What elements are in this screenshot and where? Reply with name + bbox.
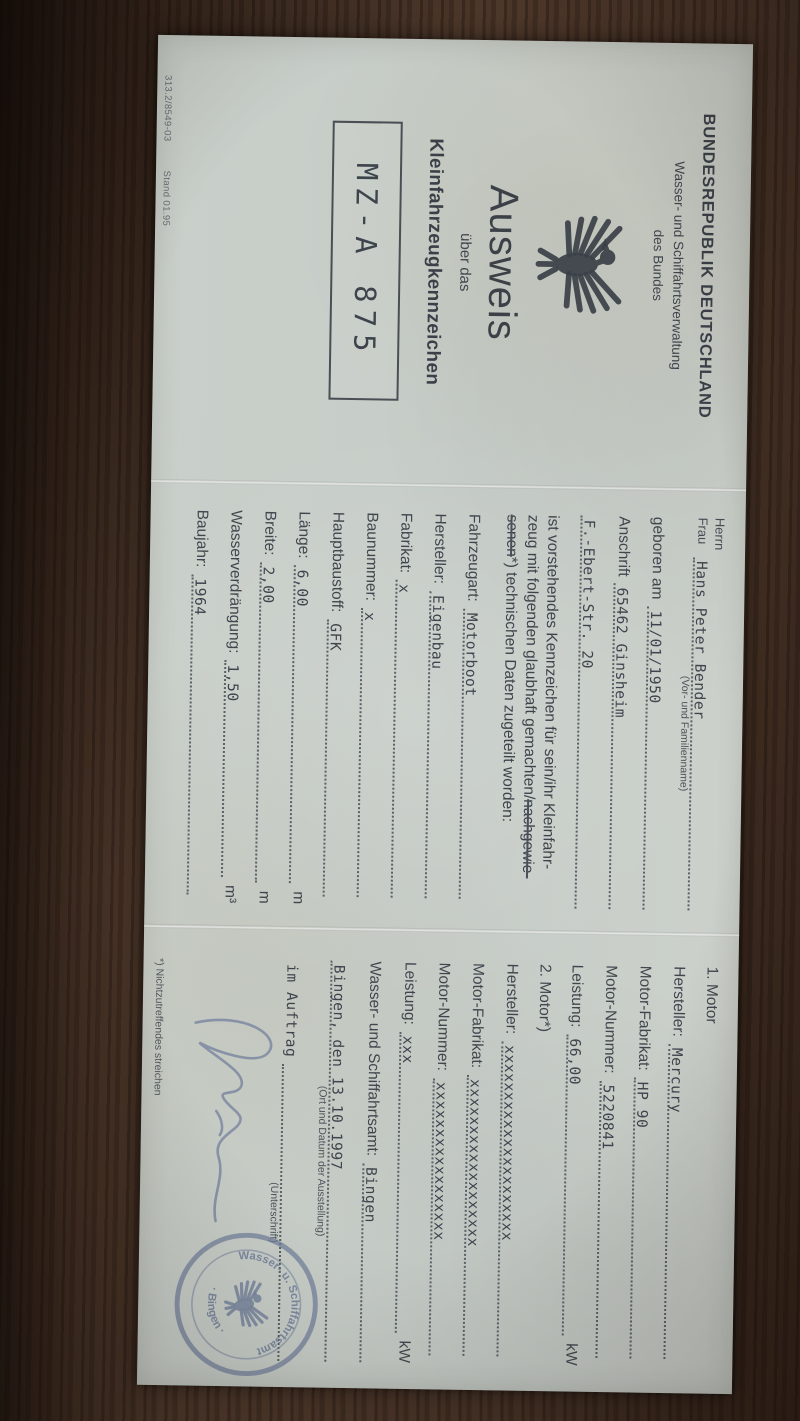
field-label: Breite: — [260, 511, 279, 563]
field-unit: m³ — [221, 877, 239, 903]
born-label: geboren am — [647, 517, 666, 607]
signature — [176, 992, 346, 1235]
form-row: Motor-Nummer: 5220841 — [595, 965, 622, 1366]
born-field: 11/01/1950 — [643, 606, 669, 910]
form-row: Hersteller: Mercury — [663, 966, 690, 1367]
born-value: 11/01/1950 — [646, 606, 664, 704]
street-value: F.-Ebert-Str. 20 — [578, 516, 596, 670]
stamp-text-bottom: · Bingen · — [201, 1283, 229, 1338]
name-value: Hans Peter Bender — [691, 557, 710, 720]
salutation-herrn: Herrn — [710, 518, 727, 551]
field-line: Motorboot — [459, 609, 485, 899]
born-row: geboren am 11/01/1950 — [643, 517, 670, 910]
field-label: Hauptbaustoff: — [327, 512, 347, 620]
form-row: Leistung: 66,00 kW — [561, 964, 588, 1365]
field-line: 1,50 — [221, 660, 245, 877]
field-value: 5220841 — [599, 1080, 616, 1150]
address-row: Anschrift 65462 Ginsheim — [609, 516, 636, 909]
form-row: Hersteller: xxxxxxxxxxxxxxxxxxxxx — [496, 963, 523, 1364]
form-row: Motor-Fabrikat: xxxxxxxxxxxxxxxxxx — [462, 963, 489, 1364]
statement-line3: *) technischen Daten zugeteilt worden: — [499, 557, 520, 823]
document-title: Ausweis — [477, 40, 529, 486]
field-line: Mercury — [663, 1044, 689, 1360]
field-line: xxxxxxxxxxxxxxxxxx — [462, 1075, 487, 1356]
field-label: Fabrikat: — [396, 513, 415, 581]
field-label: Baujahr: — [192, 510, 211, 575]
field-value: 2,00 — [260, 562, 277, 604]
form-number: 313.2/8549-03 Stand 01.95 — [160, 75, 174, 252]
form-row: Leistung: xxx kW — [394, 962, 421, 1363]
form-row: Fabrikat: x — [391, 513, 418, 906]
field-value: HP 90 — [633, 1078, 650, 1129]
field-line: x — [357, 608, 383, 898]
motor2-heading: 2. Motor*) — [529, 964, 553, 1365]
form-row: Baunummer: x — [357, 512, 384, 905]
field-value: xxxxxxxxxxxxxxxxxxxxx — [498, 1041, 517, 1241]
field-label: Fahrzeugart: — [464, 514, 483, 609]
document-subject: Kleinfahrzeugkennzeichen — [420, 39, 449, 484]
field-label: Leistung: — [566, 964, 585, 1034]
field-label: Baunummer: — [362, 512, 382, 608]
footnote: *) Nichtzutreffendes streichen — [151, 958, 165, 1096]
field-label: Hersteller: — [668, 966, 687, 1044]
country-title: BUNDESREPUBLIK DEUTSCHLAND — [693, 43, 719, 488]
field-value: x — [361, 608, 377, 622]
name-caption: (Vor- und Familienname) — [678, 676, 692, 792]
motor1-heading: 1. Motor — [696, 967, 720, 1368]
field-line: 1964 — [187, 574, 213, 895]
authority-name: Wasser- und Schiffahrtsverwaltung des Bu… — [644, 43, 691, 489]
field-value: GFK — [327, 619, 344, 651]
field-value: 6,00 — [294, 566, 311, 608]
address-label: Anschrift — [614, 516, 633, 584]
field-value: 66,00 — [566, 1034, 583, 1085]
form-row: Fahrzeugart: Motorboot — [459, 514, 486, 907]
form-row: Baujahr: 1964 — [187, 510, 214, 903]
field-label: Motor-Fabrikat: — [467, 963, 487, 1075]
field-value: Motorboot — [462, 609, 479, 697]
statement-line1: ist vorstehendes Kennzeichen für sein/ih… — [539, 515, 562, 869]
salutation: Herrn Frau — [693, 517, 727, 557]
statement-struck-2: senen — [503, 514, 521, 556]
field-value: Eigenbau — [429, 591, 446, 670]
field-value: x — [396, 580, 412, 594]
statement-paragraph: ist vorstehendes Kennzeichen für sein/ih… — [495, 514, 563, 908]
field-unit: m — [289, 883, 307, 904]
address-value: 65462 Ginsheim — [612, 583, 630, 718]
title-panel: BUNDESREPUBLIK DEUTSCHLAND Wasser- und S… — [151, 35, 753, 489]
name-row: Herrn Frau Hans Peter Bender (Vor- und F… — [688, 517, 728, 910]
certificate-paper: BUNDESREPUBLIK DEUTSCHLAND Wasser- und S… — [137, 35, 753, 1394]
address-field: 65462 Ginsheim — [609, 583, 635, 909]
form-row: Hersteller: Eigenbau — [425, 513, 452, 906]
svg-text:· Bingen ·: · Bingen · — [201, 1283, 229, 1338]
field-line: xxxxxxxxxxxxxxxxx — [428, 1078, 453, 1356]
official-stamp: Wasser- u. Schiffahrtsamt · Bingen · — [153, 1212, 338, 1397]
field-unit: kW — [561, 1335, 579, 1366]
office-field: Bingen — [359, 1163, 383, 1363]
form-row: Wasserverdrängung: 1,50 m³ — [221, 510, 248, 903]
field-line: 5220841 — [595, 1080, 620, 1358]
form-row: Motor-Fabrikat: HP 90 — [629, 966, 656, 1367]
street-row: F.-Ebert-Str. 20 — [575, 516, 602, 909]
street-field: F.-Ebert-Str. 20 — [575, 516, 602, 909]
document-subtitle: über das — [454, 40, 478, 485]
salutation-frau: Frau — [693, 517, 710, 550]
field-line: GFK — [323, 619, 348, 897]
field-label: Motor-Nummer: — [433, 962, 453, 1078]
federal-eagle-icon — [532, 41, 635, 487]
field-line: 66,00 — [562, 1034, 588, 1335]
owner-panel: Herrn Frau Hans Peter Bender (Vor- und F… — [144, 483, 746, 933]
field-line: 6,00 — [289, 566, 315, 884]
field-value: xxxxxxxxxxxxxxxxxx — [464, 1075, 483, 1247]
field-label: Hersteller: — [501, 963, 520, 1041]
field-label: Wasserverdrängung: — [225, 510, 245, 661]
stamp-eagle-icon — [222, 1280, 268, 1330]
field-line: xxx — [395, 1032, 421, 1333]
field-line: Eigenbau — [425, 591, 451, 899]
motor-panel: 1. Motor Hersteller: Mercury Motor-Fabri… — [137, 928, 739, 1394]
field-line: xxxxxxxxxxxxxxxxxxxxx — [496, 1041, 522, 1357]
office-row: Wasser- und Schiffahrtsamt: Bingen — [359, 961, 386, 1362]
field-label: Motor-Nummer: — [600, 965, 620, 1081]
field-value: xxx — [399, 1032, 416, 1064]
name-field: Hans Peter Bender (Vor- und Familienname… — [688, 557, 715, 911]
statement-struck-1: nachgewie- — [519, 799, 537, 879]
form-row: Motor-Nummer: xxxxxxxxxxxxxxxxx — [428, 962, 455, 1363]
field-line: x — [391, 580, 417, 898]
field-label: Länge: — [294, 511, 313, 566]
field-label: Leistung: — [400, 962, 419, 1032]
field-line: HP 90 — [629, 1078, 654, 1359]
certificate-document: BUNDESREPUBLIK DEUTSCHLAND Wasser- und S… — [137, 35, 753, 1394]
form-row: Hauptbaustoff: GFK — [323, 512, 350, 905]
field-value: xxxxxxxxxxxxxxxxx — [430, 1078, 449, 1241]
registration-number-box: MZ-A 875 — [329, 120, 403, 401]
form-row: Länge: 6,00 m — [289, 511, 316, 904]
field-label: Motor-Fabrikat: — [634, 966, 654, 1078]
field-value: 1,50 — [224, 660, 241, 702]
form-row: Breite: 2,00 m — [255, 511, 282, 904]
form-number-stand: Stand 01.95 — [160, 171, 172, 227]
field-label: Hersteller: — [430, 513, 449, 591]
form-number-code: 313.2/8549-03 — [161, 75, 173, 142]
field-unit: m — [255, 883, 273, 904]
field-value: 1964 — [191, 574, 208, 616]
field-value: Mercury — [667, 1044, 684, 1114]
office-value: Bingen — [362, 1163, 379, 1223]
registration-number: MZ-A 875 — [348, 163, 385, 359]
office-label: Wasser- und Schiffahrtsamt: — [362, 961, 383, 1163]
statement-line2: zeug mit folgenden glaubhaft gemachten/ — [520, 515, 541, 800]
field-line: 2,00 — [255, 562, 281, 883]
field-unit: kW — [394, 1332, 412, 1363]
